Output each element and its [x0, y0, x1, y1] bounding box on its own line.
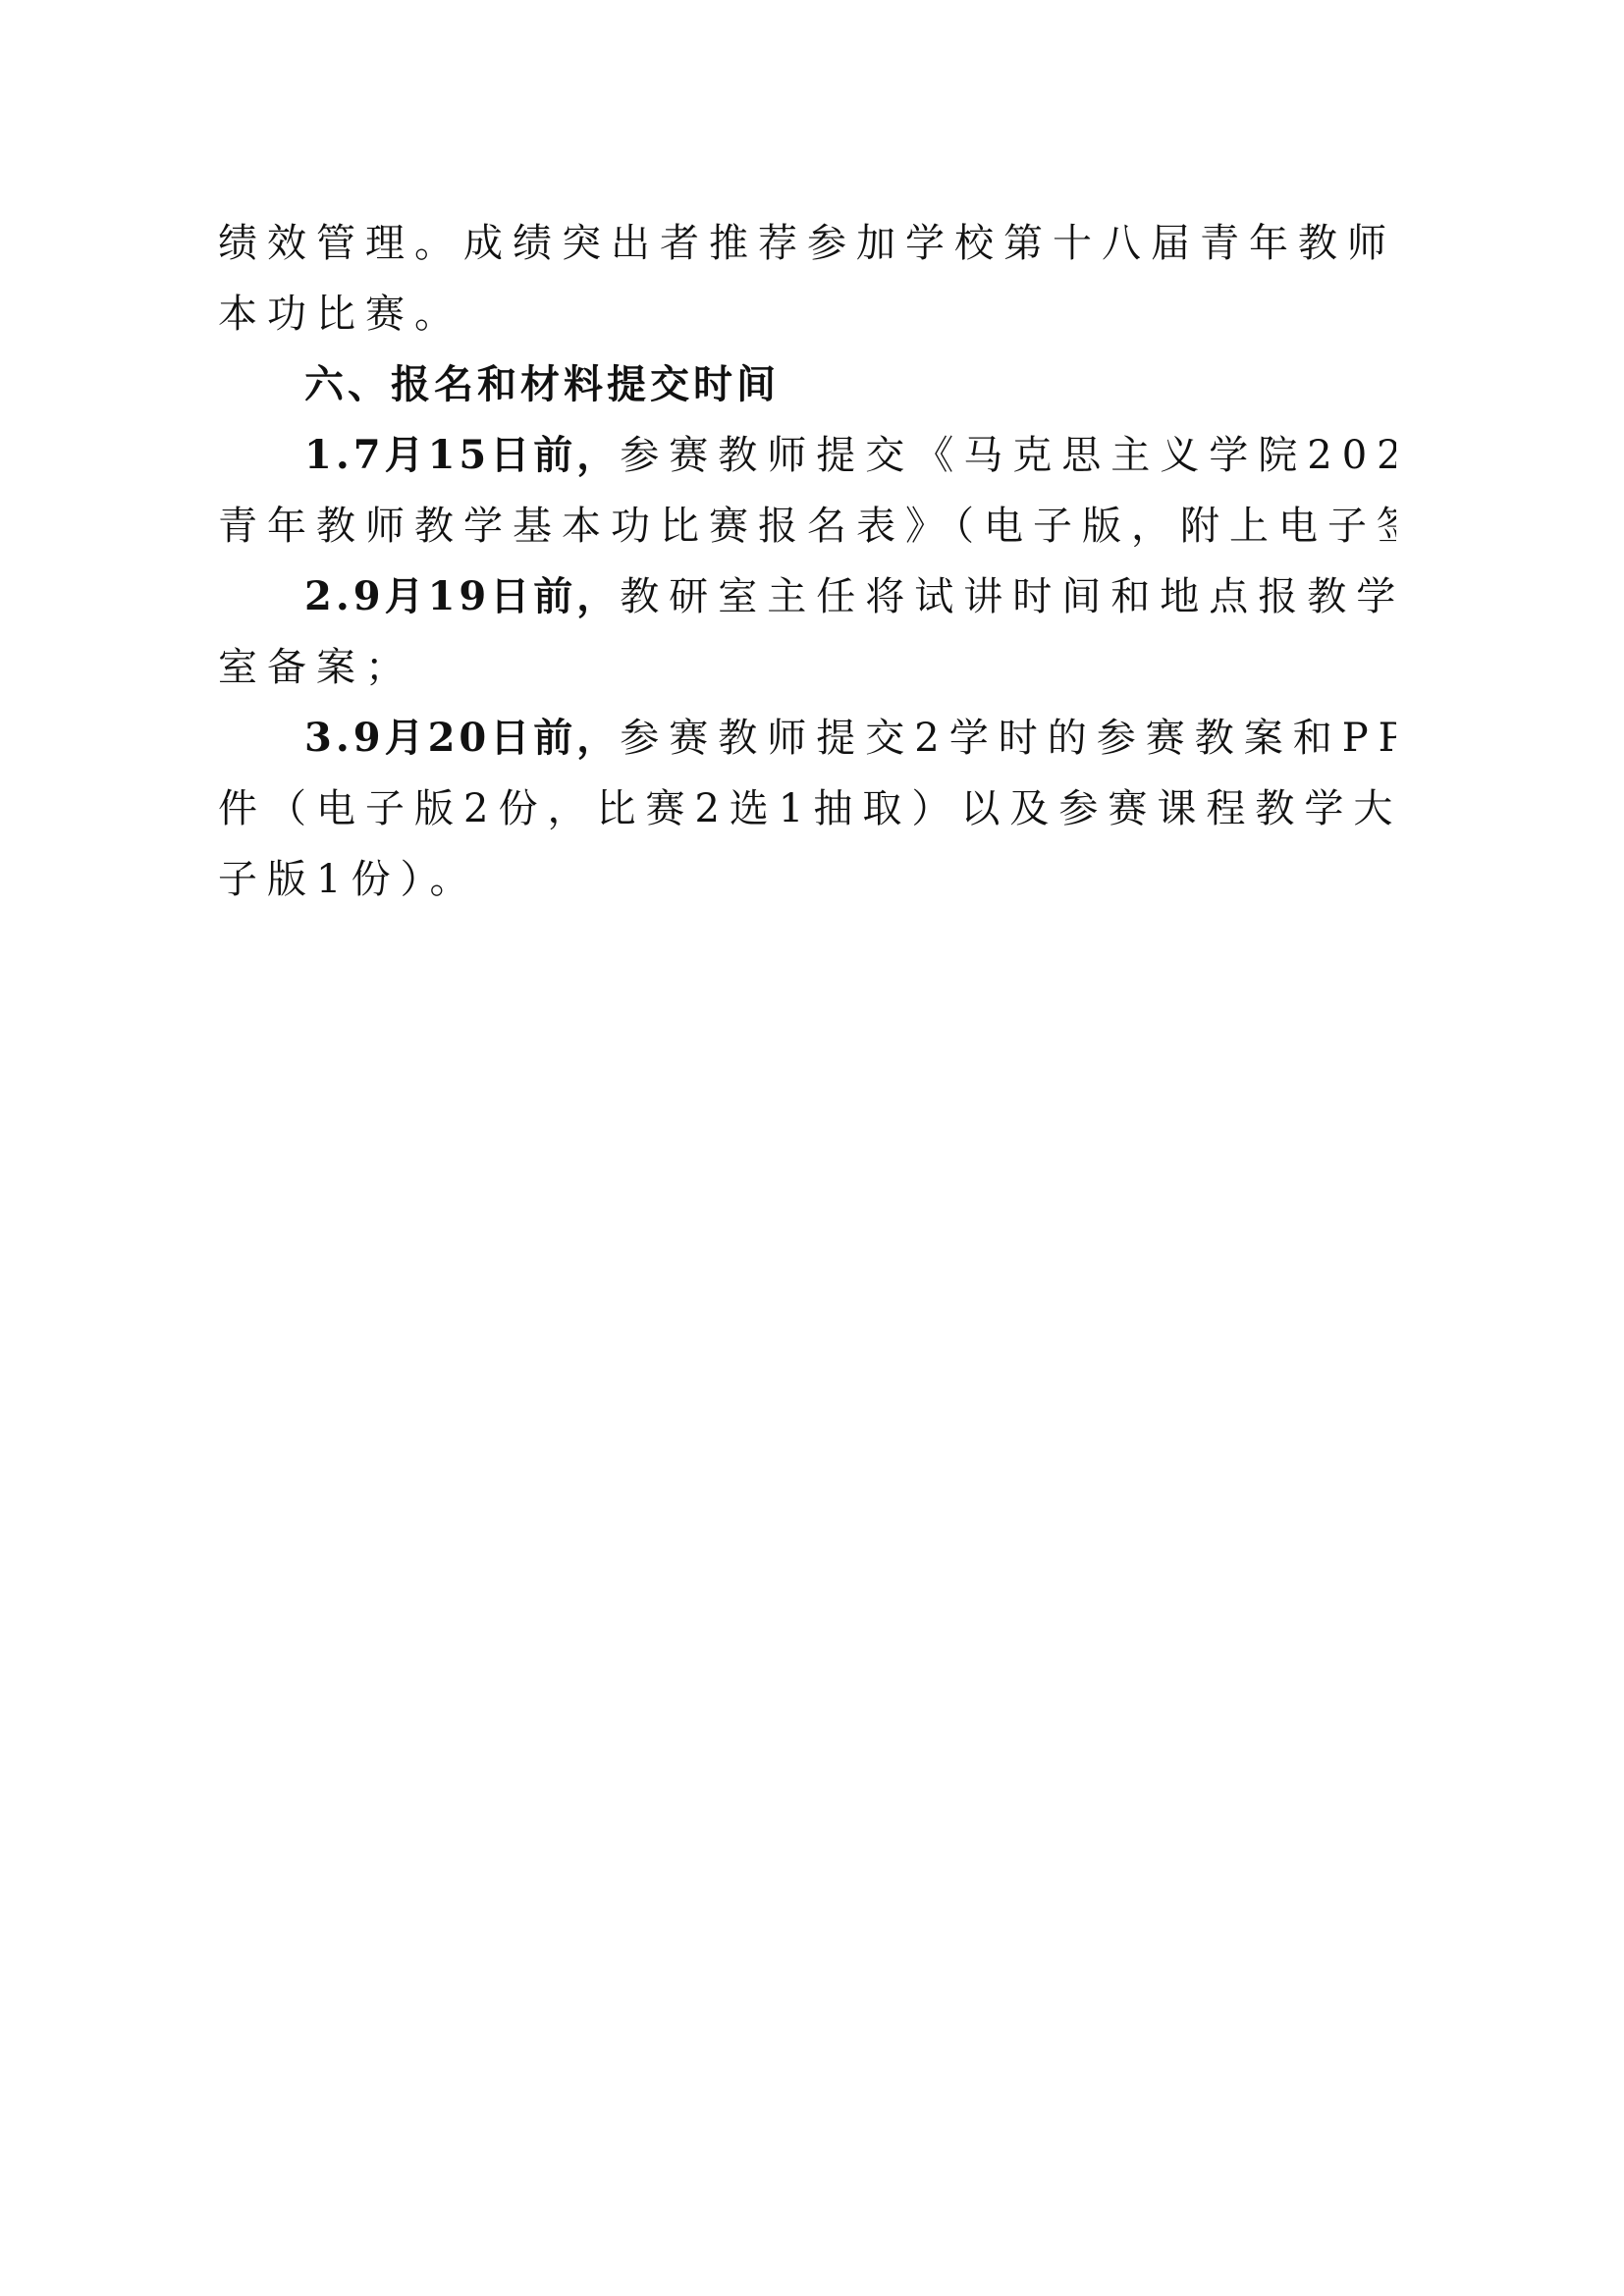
list-item-3-continuation: 子版1份）。	[218, 844, 1396, 915]
item-date-lead: 3.9月20日前，	[304, 715, 620, 761]
list-item-3: 3.9月20日前，参赛教师提交2学时的参赛教案和PPT课	[218, 703, 1396, 774]
list-item-2: 2.9月19日前，教研室主任将试讲时间和地点报教学办公	[218, 561, 1396, 632]
list-item-2-continuation: 室备案；	[218, 632, 1396, 703]
item-text: 教研室主任将试讲时间和地点报教学办公	[620, 574, 1396, 619]
list-item-3-continuation: 件（电子版2份，比赛2选1抽取）以及参赛课程教学大纲（电	[218, 774, 1396, 844]
list-item-1: 1.7月15日前，参赛教师提交《马克思主义学院2022年	[218, 420, 1396, 491]
item-date-lead: 1.7月15日前，	[304, 432, 620, 478]
section-heading: 六、报名和材料提交时间	[218, 349, 1396, 420]
item-text: 参赛教师提交《马克思主义学院2022年	[620, 433, 1396, 478]
list-item-1-continuation: 青年教师教学基本功比赛报名表》（电子版，附上电子签）；	[218, 491, 1396, 561]
document-page: 绩效管理。成绩突出者推荐参加学校第十八届青年教师教学基 本功比赛。 六、报名和材…	[218, 208, 1396, 915]
paragraph-line: 绩效管理。成绩突出者推荐参加学校第十八届青年教师教学基	[218, 208, 1396, 279]
item-text: 参赛教师提交2学时的参赛教案和PPT课	[620, 716, 1396, 761]
item-date-lead: 2.9月19日前，	[304, 573, 620, 619]
paragraph-line: 本功比赛。	[218, 279, 1396, 349]
